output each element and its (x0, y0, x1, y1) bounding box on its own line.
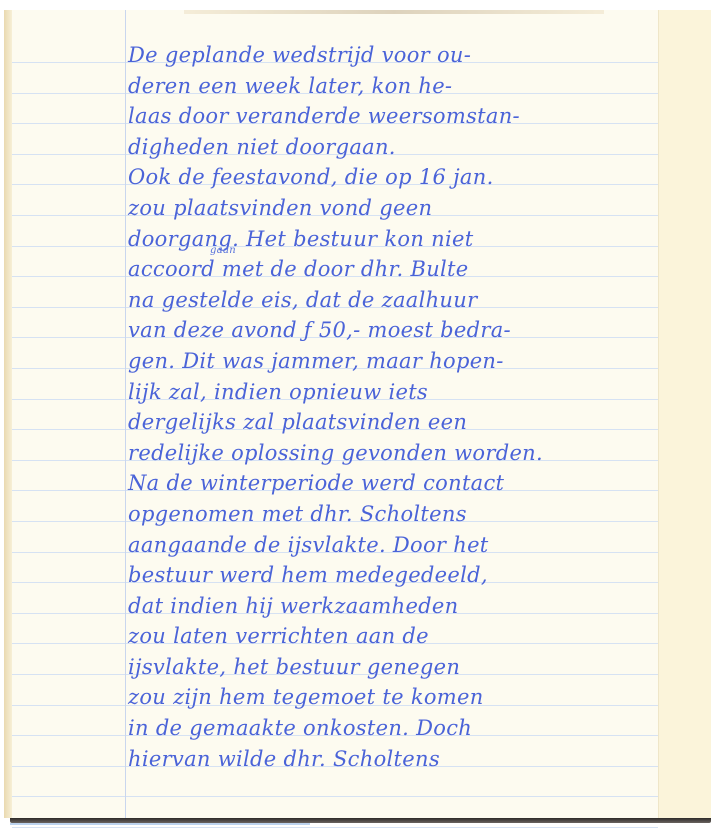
text-line: zou zijn hem tegemoet te komen (128, 682, 658, 713)
text-line: deren een week later, kon he- (128, 71, 658, 102)
text-line: zou laten verrichten aan de (128, 621, 658, 652)
ruled-line (12, 827, 658, 828)
text-line: in de gemaakte onkosten. Doch (128, 713, 658, 744)
insertion-note: gaan (210, 246, 236, 256)
page-bottom-edge (10, 823, 310, 825)
handwritten-text: De geplande wedstrijd voor ou- deren een… (128, 40, 658, 774)
margin-line (125, 10, 126, 818)
text-line: digheden niet doorgaan. (128, 132, 658, 163)
page-binding-edge (4, 10, 12, 818)
text-line: aangaande de ijsvlakte. Door het (128, 530, 658, 561)
text-line: lijk zal, indien opnieuw iets (128, 377, 658, 408)
text-line: ijsvlakte, het bestuur genegen (128, 652, 658, 683)
ruled-line (12, 796, 658, 797)
text-line: dat indien hij werkzaamheden (128, 591, 658, 622)
text-line-with-insertion: gaan accoord met de door dhr. Bulte (128, 254, 658, 285)
text-line: Ook de feestavond, die op 16 jan. (128, 162, 658, 193)
page-right-strip (658, 10, 711, 818)
text-line: De geplande wedstrijd voor ou- (128, 40, 658, 71)
text-line: van deze avond ƒ 50,- moest bedra- (128, 315, 658, 346)
text-line: doorgang. Het bestuur kon niet (128, 224, 658, 255)
text-line: Na de winterperiode werd contact (128, 468, 658, 499)
text-line: gen. Dit was jammer, maar hopen- (128, 346, 658, 377)
page-top-edge (184, 10, 604, 14)
text-line: na gestelde eis, dat de zaalhuur (128, 285, 658, 316)
text-line: dergelijks zal plaatsvinden een (128, 407, 658, 438)
text-line: zou plaatsvinden vond geen (128, 193, 658, 224)
text-line: accoord met de door dhr. Bulte (128, 257, 469, 281)
text-line: opgenomen met dhr. Scholtens (128, 499, 658, 530)
text-line: redelijke oplossing gevonden worden. (128, 438, 658, 469)
text-line: hiervan wilde dhr. Scholtens (128, 744, 658, 775)
text-line: bestuur werd hem medegedeeld, (128, 560, 658, 591)
text-line: laas door veranderde weersomstan- (128, 101, 658, 132)
